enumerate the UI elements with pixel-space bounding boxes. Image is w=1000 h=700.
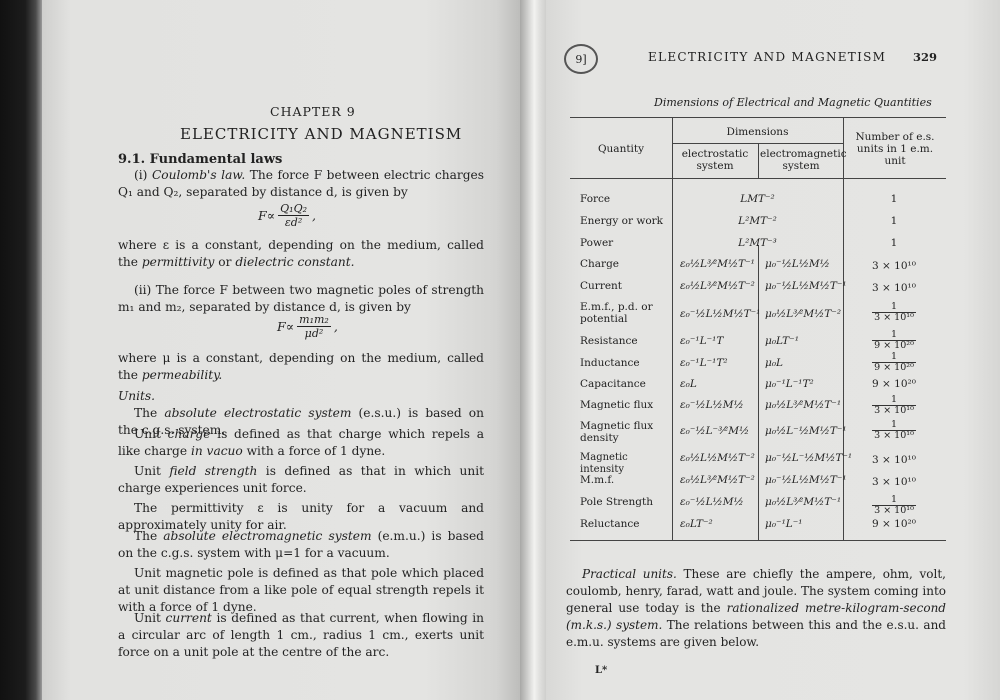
book-spine-shadow xyxy=(0,0,42,700)
formula-coulomb: F∝ Q₁Q₂εd² , xyxy=(258,202,316,229)
paragraph-emu: The absolute electromagnetic system (e.m… xyxy=(118,528,484,562)
chapter-title: ELECTRICITY AND MAGNETISM xyxy=(180,125,462,143)
signature-mark: L* xyxy=(595,665,607,676)
header-electromagnetic: electromagnetic system xyxy=(760,148,842,172)
chapter-number: CHAPTER 9 xyxy=(270,104,356,119)
table-caption: Dimensions of Electrical and Magnetic Qu… xyxy=(654,96,932,109)
section-marker-annotation: 9] xyxy=(564,44,598,74)
header-quantity: Quantity xyxy=(570,143,672,155)
paragraph-magnetic-poles: (ii) The force F between two magnetic po… xyxy=(118,282,484,316)
paragraph-practical-units: Practical units. These are chiefly the a… xyxy=(566,566,946,651)
units-heading: Units. xyxy=(118,388,484,405)
formula-magnetic: F∝ m₁m₂μd² , xyxy=(277,313,338,340)
paragraph-coulombs-law: (i) Coulomb's law. The force F between e… xyxy=(118,167,484,201)
paragraph-unit-current: Unit current is defined as that current,… xyxy=(118,610,484,661)
paragraph-unit-charge: Unit charge is defined as that charge wh… xyxy=(118,426,484,460)
paragraph-field-strength: Unit field strength is defined as that i… xyxy=(118,463,484,497)
header-electrostatic: electrostatic system xyxy=(674,148,756,172)
page-number: 329 xyxy=(913,50,937,64)
book-gutter xyxy=(520,0,546,700)
running-head: ELECTRICITY AND MAGNETISM xyxy=(648,50,886,64)
header-number: Number of e.s. units in 1 e.m. unit xyxy=(846,131,944,167)
header-dimensions: Dimensions xyxy=(672,126,843,138)
paragraph-permeability: where μ is a constant, depending on the … xyxy=(118,350,484,384)
section-heading: 9.1. Fundamental laws xyxy=(118,152,282,167)
paragraph-unit-pole: Unit magnetic pole is defined as that po… xyxy=(118,565,484,616)
paragraph-permittivity: where ε is a constant, depending on the … xyxy=(118,237,484,271)
